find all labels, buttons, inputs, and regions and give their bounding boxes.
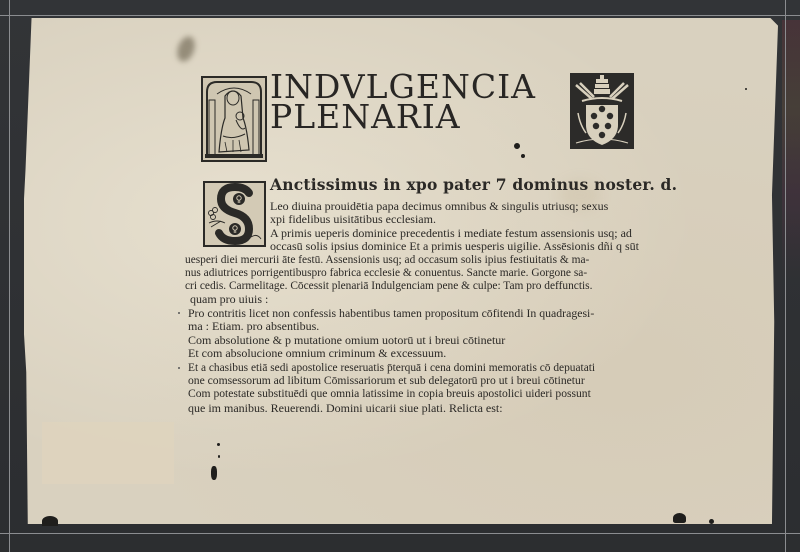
body-line: cri cedis. Carmelitage. Cōcessit plenari…	[185, 279, 592, 293]
coat-of-arms-icon	[570, 73, 634, 149]
body-line: xpi fidelibus uisitātibus ecclesiam.	[270, 212, 436, 226]
body-line: Pro contritis licet non confessis habent…	[188, 306, 594, 320]
body-line: quam pro uiuis :	[190, 292, 268, 306]
guide-line-bottom	[0, 533, 800, 534]
title-line-2: PLENARIA	[270, 102, 536, 132]
guide-line-top	[0, 15, 800, 16]
body-line: A primis ueperis dominice precedentis i …	[270, 226, 632, 240]
body-line: Et com absolucione omnium criminum & exc…	[188, 346, 446, 360]
initial-s-icon	[205, 183, 264, 245]
ink-speck	[521, 154, 525, 158]
body-line: Com absolutione & p mutatione omium uoto…	[188, 333, 505, 347]
paper-repair-patch	[42, 422, 174, 484]
margin-mark	[178, 312, 180, 314]
body-line: one comsessorum ad libitum Cōmissariorum…	[188, 374, 585, 388]
document-title: INDVLGENCIA PLENARIA	[270, 72, 536, 132]
ink-speck	[217, 443, 220, 446]
body-line-incipit: Anctissimus in xpo pater 7 dominus noste…	[270, 178, 677, 192]
madonna-and-child-woodcut	[201, 76, 267, 162]
ink-speck	[709, 519, 714, 524]
margin-mark	[178, 367, 180, 369]
ink-blot	[42, 516, 58, 526]
papal-coat-of-arms-woodcut	[570, 73, 634, 149]
body-line: uesperi diei mercurii āte festū. Assensi…	[185, 253, 589, 267]
ink-blot	[211, 466, 217, 480]
madonna-icon	[203, 78, 265, 160]
guide-line-right	[785, 0, 786, 552]
body-line: occasū solis ipsius dominice Et a primis…	[270, 239, 639, 253]
guide-line-left	[9, 0, 10, 552]
body-line: Et a chasibus etiā sedi apostolice reser…	[188, 361, 595, 375]
body-line: Com potestate substituēdi que omnia lati…	[188, 387, 591, 401]
ink-blot	[673, 513, 686, 523]
body-line: ma : Etiam. pro absentibus.	[188, 319, 319, 333]
body-line: Leo diuina prouidētia papa decimus omnib…	[270, 199, 608, 213]
ink-speck	[745, 88, 747, 90]
body-line: nus adiutrices porrigentibuspro fabrica …	[185, 266, 587, 280]
body-line: que im manibus. Reuerendi. Domini uicari…	[188, 401, 503, 415]
decorated-initial-S	[203, 181, 266, 247]
ink-speck	[218, 455, 220, 458]
